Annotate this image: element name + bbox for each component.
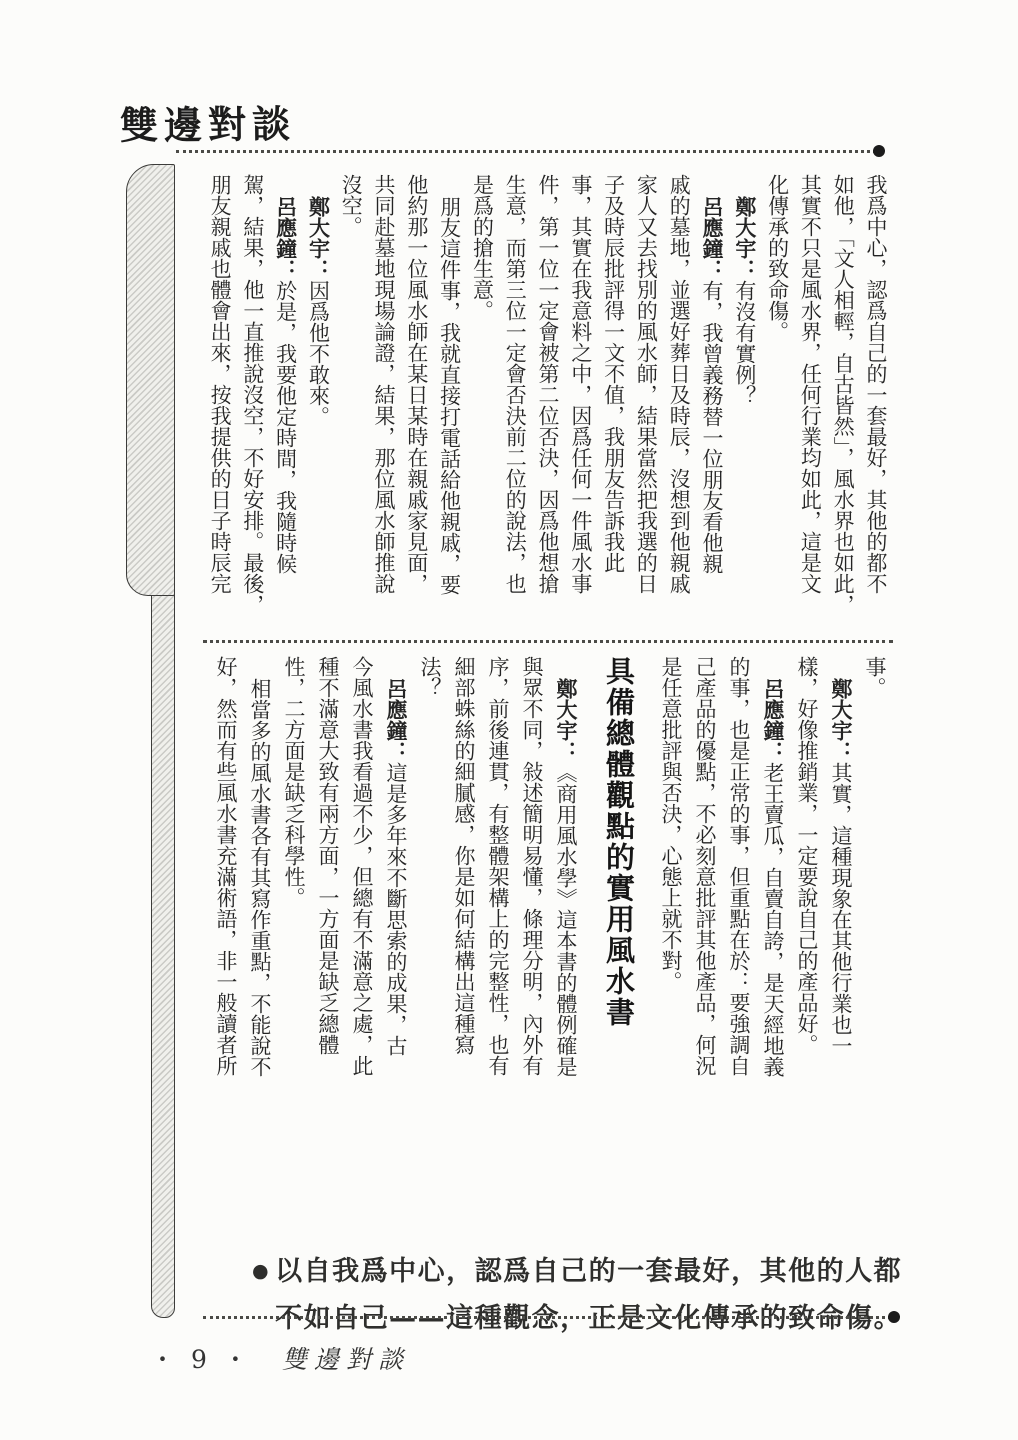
text-column: 序，前後連貫，有整體架構上的完整性，也有	[481, 656, 515, 1134]
text-column: 法？	[413, 656, 447, 1134]
text-column: 的事，也是正常的事，但重點在於：要強調自	[722, 656, 756, 1134]
dialogue-column-speaker: 鄭大宇：《商用風水學》這本書的體例確是	[549, 656, 583, 1134]
page-number: 9	[191, 1345, 207, 1374]
dialogue-column-speaker: 呂應鐘：於是，我要他定時間，我隨時候	[269, 174, 302, 638]
footer-dotted-rule	[203, 1316, 891, 1319]
text-column: 化傳承的致命傷。	[761, 174, 794, 638]
text-column: 相當多的風水書各有其寫作重點，不能說不	[243, 656, 277, 1134]
note-line-1: 以自我爲中心，認爲自己的一套最好，其他的人都	[275, 1248, 902, 1295]
text-column: 其實不只是風水界，任何行業均如此，這是文	[794, 174, 827, 638]
text-column: 朋友親戚也體會出來，按我提供的日子時辰完	[203, 174, 236, 638]
text-column: 種不滿意大致有兩方面，一方面是缺乏總體	[311, 656, 345, 1134]
text-column: 駕，結果，他一直推說沒空，不好安排。最後，	[236, 174, 269, 638]
header-dotted-rule	[176, 150, 876, 153]
dialogue-column-speaker: 呂應鐘：這是多年來不斷思索的成果，古	[379, 656, 413, 1134]
dialogue-column-speaker: 鄭大宇：有沒有實例？	[728, 174, 761, 638]
rule-end-dot	[888, 1311, 900, 1323]
page-footer: ・9・雙邊對談	[150, 1340, 410, 1376]
text-column: 己產品的優點，不必刻意批評其他產品，何況	[688, 656, 722, 1134]
note-bullet-icon: ●	[252, 1248, 270, 1295]
text-column: 沒空。	[334, 174, 367, 638]
section-divider-dotted-rule	[203, 640, 893, 643]
speaker-name: 鄭大宇：	[829, 678, 854, 762]
footer-dot: ・	[223, 1345, 248, 1374]
text-column: 共同赴墓地現場論證，結果，那位風水師推說	[367, 174, 400, 638]
text-column: 與眾不同，敍述簡明易懂，條理分明，內外有	[515, 656, 549, 1134]
footer-section-title: 雙邊對談	[282, 1345, 410, 1374]
text-column: 戚的墓地，並選好葬日及時辰，沒想到他親戚	[662, 174, 695, 638]
text-column: 是任意批評與否決，心態上就不對。	[654, 656, 688, 1134]
margin-tab	[126, 164, 175, 596]
speaker-name: 呂應鐘：	[384, 678, 409, 762]
text-column: 朋友這件事，我就直接打電話給他親戚，要	[433, 174, 466, 638]
speaker-name: 鄭大宇：	[306, 196, 331, 280]
dialogue-section-2: 事。鄭大宇：其實，這種現象在其他行業也一樣，好像推銷業，一定要說自己的產品好。呂…	[200, 656, 892, 1134]
text-column: 他約那一位風水師在某日某時在親戚家見面，	[400, 174, 433, 638]
text-column: 今風水書我看過不少，但總有不滿意之處，此	[345, 656, 379, 1134]
text-column: 事。	[858, 656, 892, 1134]
text-column: 事，其實在我意料之中，因爲任何一件風水事	[564, 174, 597, 638]
speaker-name: 鄭大宇：	[733, 196, 758, 280]
rule-end-dot	[873, 145, 885, 157]
dialogue-column-speaker: 呂應鐘：有，我曾義務替一位朋友看他親	[695, 174, 728, 638]
speaker-name: 鄭大宇：	[554, 678, 579, 762]
text-column: 細部蛛絲的細膩感，你是如何結構出這種寫	[447, 656, 481, 1134]
dialogue-column-speaker: 鄭大宇：因爲他不敢來。	[302, 174, 335, 638]
dialogue-column-speaker: 呂應鐘：老王賣瓜，自賣自誇，是天經地義	[756, 656, 790, 1134]
text-column: 生意，而第三位一定會否決前二位的說法，也	[498, 174, 531, 638]
text-column: 好，然而有些風水書充滿術語，非一般讀者所	[209, 656, 243, 1134]
text-column: 性，二方面是缺乏科學性。	[277, 656, 311, 1134]
text-column: 件，第一位一定會被第二位否決，因爲他想搶	[531, 174, 564, 638]
text-column: 我爲中心，認爲自己的一套最好，其他的都不	[859, 174, 892, 638]
scanned-book-page: 雙邊對談 我爲中心，認爲自己的一套最好，其他的都不如他，「文人相輕，自古皆然」，…	[0, 0, 1018, 1440]
page-header-title: 雙邊對談	[120, 93, 297, 150]
text-column: 是爲的搶生意。	[466, 174, 499, 638]
section-heading: 具備總體觀點的實用風水書	[595, 656, 642, 1134]
note-text: 以自我爲中心，認爲自己的一套最好，其他的人都 不如自己——這種觀念，正是文化傳承…	[275, 1248, 902, 1342]
text-column: 樣，好像推銷業，一定要說自己的產品好。	[790, 656, 824, 1134]
dialogue-section-1: 我爲中心，認爲自己的一套最好，其他的都不如他，「文人相輕，自古皆然」，風水界也如…	[200, 174, 892, 638]
pull-quote-note: ● 以自我爲中心，認爲自己的一套最好，其他的人都 不如自己——這種觀念，正是文化…	[252, 1248, 902, 1342]
text-column: 家人又去找別的風水師，結果當然把我選的日	[630, 174, 663, 638]
text-column: 子及時辰批評得一文不值，我朋友告訴我此	[597, 174, 630, 638]
speaker-name: 呂應鐘：	[274, 196, 299, 280]
footer-dot: ・	[150, 1345, 175, 1374]
dialogue-column-speaker: 鄭大宇：其實，這種現象在其他行業也一	[824, 656, 858, 1134]
text-column: 如他，「文人相輕，自古皆然」，風水界也如此，	[826, 174, 859, 638]
speaker-name: 呂應鐘：	[761, 678, 786, 762]
speaker-name: 呂應鐘：	[700, 196, 725, 280]
